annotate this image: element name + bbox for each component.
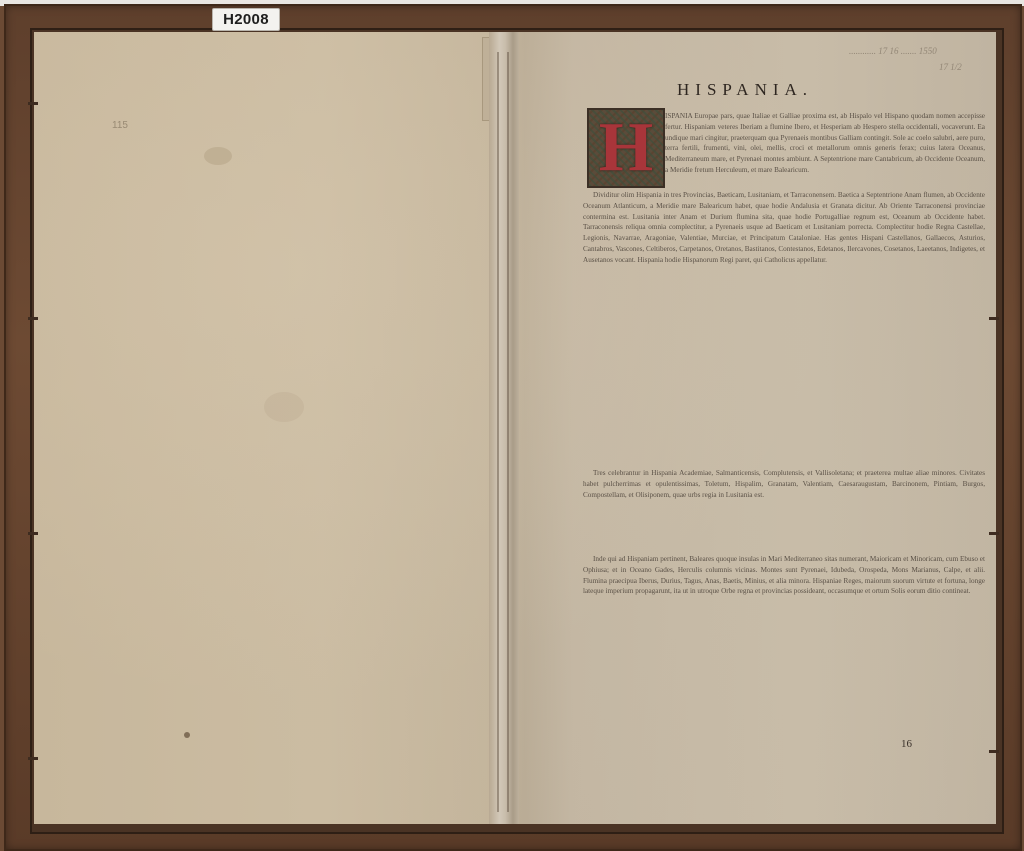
paragraph: Dividitur olim Hispania in tres Provinci… [583,190,985,266]
paragraph: Tres celebrantur in Hispania Academiae, … [583,468,985,500]
handwritten-note: 17 1/2 [939,62,962,72]
body-paragraph: Inde qui ad Hispaniam pertinent, Baleare… [583,554,985,732]
left-page-blank-verso: 115 [34,32,489,824]
inventory-label: H2008 [212,8,280,31]
center-fold-gutter [489,32,519,824]
framed-sheet: 115 ............ 17 16 ....... 1550 17 1… [34,32,996,824]
paragraph: ISPANIA Europae pars, quae Italiae et Ga… [665,111,985,176]
page-title: HISPANIA. [677,80,813,100]
fold-crease [507,52,509,812]
page-number: 16 [901,738,912,750]
right-page-text: ............ 17 16 ....... 1550 17 1/2 H… [519,32,996,824]
opening-paragraph: ISPANIA Europae pars, quae Italiae et Ga… [665,111,985,187]
body-paragraph: Dividitur olim Hispania in tres Provinci… [583,190,985,452]
paragraph: Inde qui ad Hispaniam pertinent, Baleare… [583,554,985,597]
fold-crease [497,52,499,812]
handwritten-note: ............ 17 16 ....... 1550 [849,46,937,56]
foxing-stain [264,392,304,422]
foxing-spot [184,732,190,738]
decorated-initial: H [587,108,665,188]
initial-letter: H [589,110,663,186]
body-paragraph: Tres celebrantur in Hispania Academiae, … [583,468,985,548]
pencil-mark: 115 [112,120,128,131]
foxing-stain [204,147,232,165]
